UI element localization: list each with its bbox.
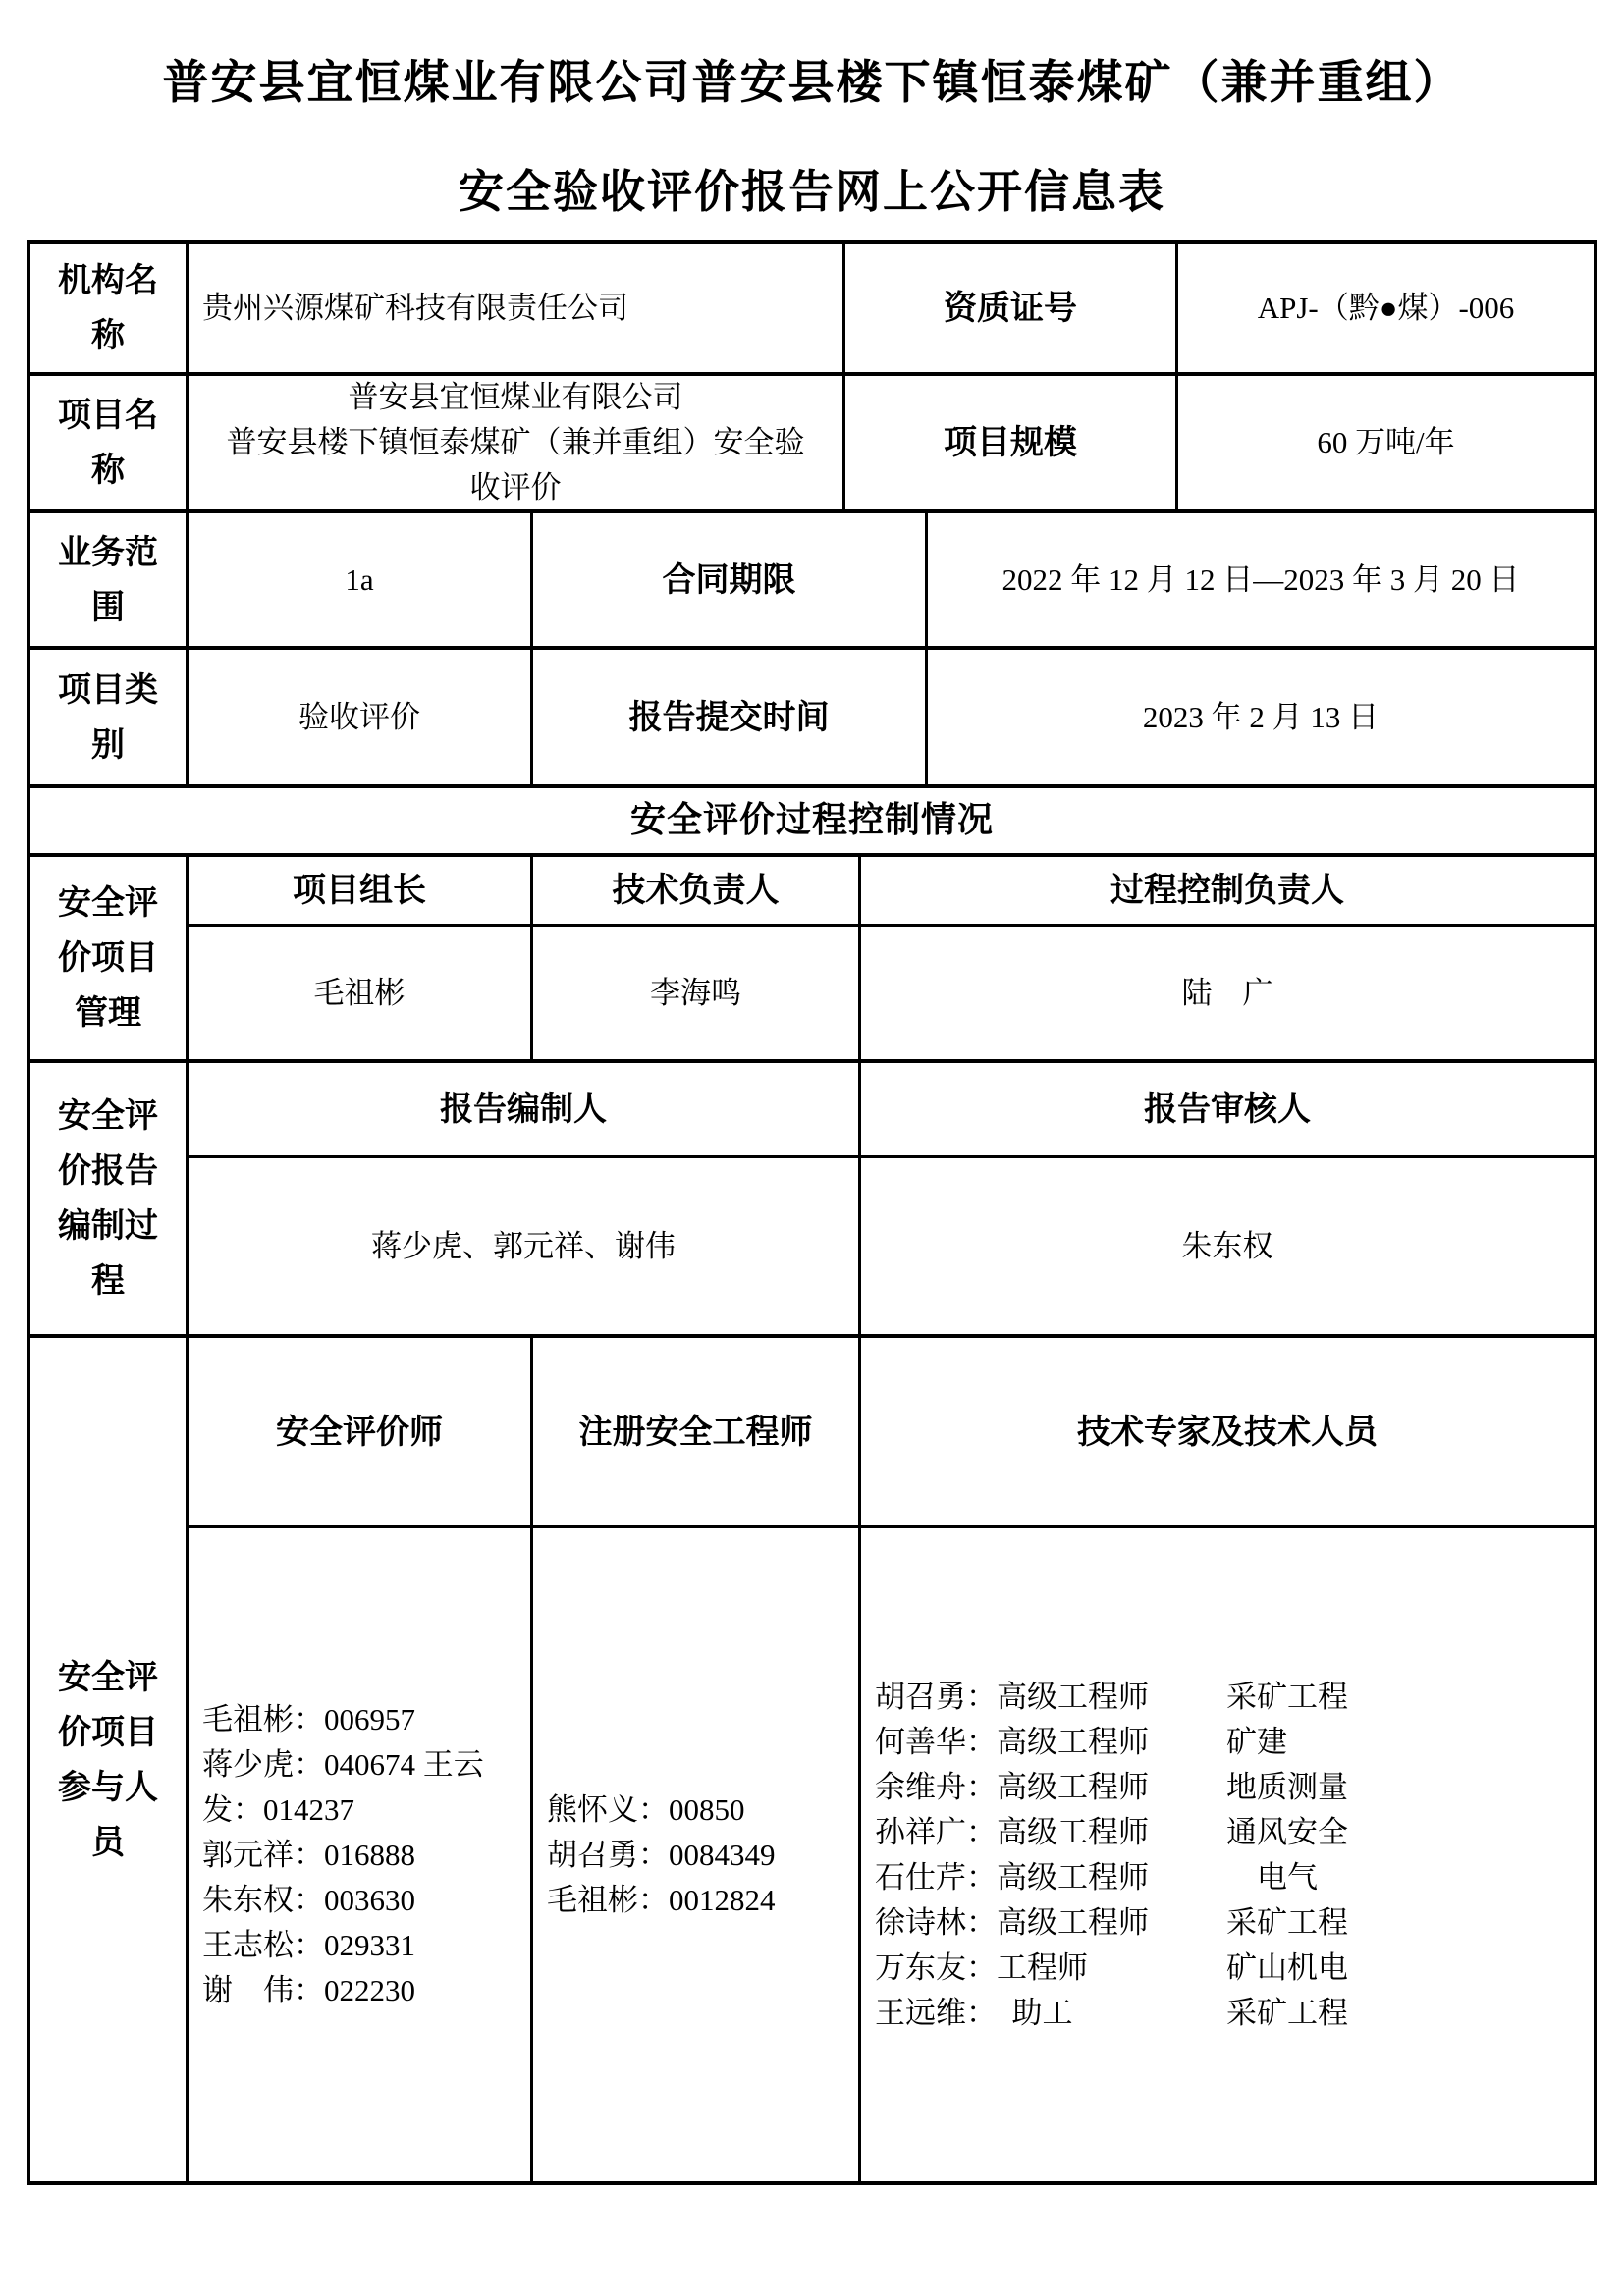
cert-number-value: APJ-（黔●煤）-006 (1178, 244, 1594, 376)
contract-period-value: 2022 年 12 月 12 日—2023 年 3 月 20 日 (928, 513, 1594, 650)
list-item: 何善华：高级工程师 矿建 (875, 1720, 1287, 1765)
report-reviewer-value: 朱东权 (861, 1158, 1594, 1338)
report-writer-header: 报告编制人 (189, 1063, 861, 1158)
org-name-value: 贵州兴源煤矿科技有限责任公司 (189, 244, 845, 376)
list-item: 孙祥广：高级工程师 通风安全 (875, 1810, 1348, 1855)
expert-specialty: 通风安全 (1226, 1810, 1348, 1855)
process-control-director-header: 过程控制负责人 (861, 857, 1594, 927)
page-title-line2: 安全验收评价报告网上公开信息表 (0, 165, 1624, 218)
registered-engineer-header: 注册安全工程师 (533, 1338, 861, 1528)
expert-name-title: 万东友：工程师 (875, 1946, 1226, 1991)
expert-name-title: 孙祥广：高级工程师 (875, 1810, 1226, 1855)
info-table: 机构名 称 贵州兴源煤矿科技有限责任公司 资质证号 APJ-（黔●煤）-006 … (27, 240, 1597, 2185)
list-item: 徐诗林：高级工程师 采矿工程 (875, 1900, 1348, 1946)
document-page: 普安县宜恒煤业有限公司普安县楼下镇恒泰煤矿（兼并重组） 安全验收评价报告网上公开… (0, 0, 1624, 2296)
list-item: 熊怀义：00850 (547, 1788, 745, 1833)
expert-name-title: 胡召勇：高级工程师 (875, 1675, 1226, 1720)
page-title-line1: 普安县宜恒煤业有限公司普安县楼下镇恒泰煤矿（兼并重组） (0, 57, 1624, 110)
expert-name-title: 王远维： 助工 (875, 1991, 1226, 2036)
project-type-value: 验收评价 (189, 650, 533, 788)
cert-number-label: 资质证号 (845, 244, 1178, 376)
expert-specialty: 地质测量 (1226, 1765, 1348, 1810)
list-item: 朱东权：003630 (202, 1878, 415, 1923)
compilation-row-label: 安全评 价报告 编制过 程 (30, 1063, 189, 1338)
project-leader-value: 毛祖彬 (189, 927, 533, 1063)
process-control-section-title: 安全评价过程控制情况 (30, 788, 1594, 857)
safety-evaluator-header: 安全评价师 (189, 1338, 533, 1528)
project-name-value: 普安县宜恒煤业有限公司 普安县楼下镇恒泰煤矿（兼并重组）安全验 收评价 (189, 376, 845, 513)
expert-specialty: 采矿工程 (1226, 1900, 1348, 1946)
list-item: 胡召勇：高级工程师 采矿工程 (875, 1675, 1348, 1720)
project-type-label: 项目类 别 (30, 650, 189, 788)
expert-name-title: 何善华：高级工程师 (875, 1720, 1226, 1765)
expert-name-title: 余维舟：高级工程师 (875, 1765, 1226, 1810)
list-item: 胡召勇：0084349 (547, 1833, 776, 1878)
tech-expert-header: 技术专家及技术人员 (861, 1338, 1594, 1528)
report-reviewer-header: 报告审核人 (861, 1063, 1594, 1158)
tech-director-header: 技术负责人 (533, 857, 861, 927)
list-item: 蒋少虎：040674 王云 (202, 1742, 484, 1788)
expert-specialty: 采矿工程 (1226, 1991, 1348, 2036)
page-title: 普安县宜恒煤业有限公司普安县楼下镇恒泰煤矿（兼并重组） 安全验收评价报告网上公开… (0, 57, 1624, 218)
expert-specialty: 矿建 (1226, 1720, 1287, 1765)
expert-name-title: 徐诗林：高级工程师 (875, 1900, 1226, 1946)
project-scale-value: 60 万吨/年 (1178, 376, 1594, 513)
expert-specialty: 电气 (1226, 1855, 1318, 1900)
process-control-director-value: 陆 广 (861, 927, 1594, 1063)
safety-evaluator-list: 毛祖彬：006957 蒋少虎：040674 王云 发：014237 郭元祥：01… (189, 1528, 533, 2181)
list-item: 石仕芹：高级工程师 电气 (875, 1855, 1318, 1900)
contract-period-label: 合同期限 (533, 513, 928, 650)
list-item: 王远维： 助工 采矿工程 (875, 1991, 1348, 2036)
management-row-label: 安全评 价项目 管理 (30, 857, 189, 1063)
report-submit-value: 2023 年 2 月 13 日 (928, 650, 1594, 788)
project-leader-header: 项目组长 (189, 857, 533, 927)
list-item: 万东友：工程师 矿山机电 (875, 1946, 1348, 1991)
expert-specialty: 矿山机电 (1226, 1946, 1348, 1991)
project-scale-label: 项目规模 (845, 376, 1178, 513)
report-writer-value: 蒋少虎、郭元祥、谢伟 (189, 1158, 861, 1338)
report-submit-label: 报告提交时间 (533, 650, 928, 788)
list-item: 王志松：029331 (202, 1923, 415, 1968)
registered-engineer-list: 熊怀义：00850 胡召勇：0084349 毛祖彬：0012824 (533, 1528, 861, 2181)
business-scope-value: 1a (189, 513, 533, 650)
org-name-label: 机构名 称 (30, 244, 189, 376)
tech-expert-list: 胡召勇：高级工程师 采矿工程 何善华：高级工程师 矿建 余维舟：高级工程师 地质… (861, 1528, 1594, 2181)
list-item: 毛祖彬：006957 (202, 1697, 415, 1742)
project-name-label: 项目名 称 (30, 376, 189, 513)
list-item: 谢 伟：022230 (202, 1968, 415, 2013)
list-item: 发：014237 (202, 1788, 354, 1833)
list-item: 郭元祥：016888 (202, 1833, 415, 1878)
expert-specialty: 采矿工程 (1226, 1675, 1348, 1720)
list-item: 毛祖彬：0012824 (547, 1878, 776, 1923)
participants-row-label: 安全评 价项目 参与人 员 (30, 1338, 189, 2181)
tech-director-value: 李海鸣 (533, 927, 861, 1063)
list-item: 余维舟：高级工程师 地质测量 (875, 1765, 1348, 1810)
business-scope-label: 业务范 围 (30, 513, 189, 650)
expert-name-title: 石仕芹：高级工程师 (875, 1855, 1226, 1900)
